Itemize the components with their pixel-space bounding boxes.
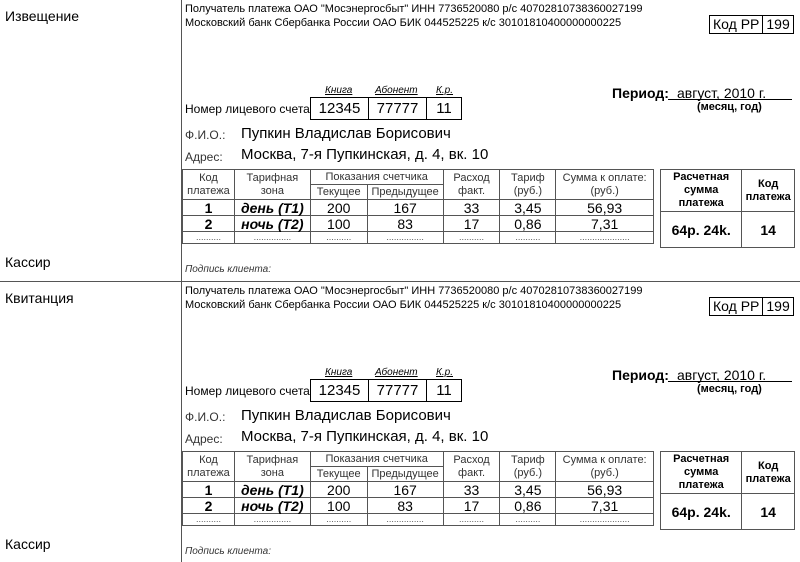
cell-usage: 17 <box>443 216 500 232</box>
cell-amount: 7,31 <box>556 216 654 232</box>
account-number-box: 12345 77777 11 <box>310 97 462 120</box>
kod-rr-value: 199 <box>762 298 792 315</box>
bank-line: Московский банк Сбербанка России ОАО БИК… <box>185 17 621 29</box>
cashier-label: Кассир <box>5 536 51 552</box>
summary-code-value: 14 <box>742 494 795 530</box>
account-header-kr: К.р. <box>436 85 453 96</box>
cell-current: 200 <box>310 200 367 216</box>
cell-previous: 83 <box>367 216 443 232</box>
period-label: Период: <box>612 367 669 383</box>
cell-code: 2 <box>183 498 235 514</box>
header-tariff: Тариф (руб.) <box>500 452 556 482</box>
payment-section: Извещение Кассир Получатель платежа ОАО … <box>0 0 800 281</box>
cell-previous: 167 <box>367 200 443 216</box>
fio-value: Пупкин Владислав Борисович <box>241 407 451 424</box>
blank-cell: .................... <box>556 514 654 526</box>
account-label: Номер лицевого счета <box>185 102 310 116</box>
readings-table: Код платежа Тарифная зона Показания счет… <box>182 169 654 244</box>
blank-cell: .......... <box>500 514 556 526</box>
blank-row: ........................................… <box>183 514 654 526</box>
account-number-box: 12345 77777 11 <box>310 379 462 402</box>
fio-value: Пупкин Владислав Борисович <box>241 125 451 142</box>
blank-cell: .......... <box>500 232 556 244</box>
blank-cell: .......... <box>183 232 235 244</box>
blank-cell: ............... <box>367 232 443 244</box>
cell-usage: 33 <box>443 200 500 216</box>
blank-cell: ............... <box>234 232 310 244</box>
blank-cell: .......... <box>443 514 500 526</box>
kod-rr-label: Код РР <box>710 16 762 33</box>
period-value: август, 2010 г. <box>677 85 766 101</box>
header-tariff: Тариф (руб.) <box>500 170 556 200</box>
cell-zone: ночь (Т2) <box>234 498 310 514</box>
recipient-line: Получатель платежа ОАО "Мосэнергосбыт" И… <box>185 3 643 15</box>
account-label: Номер лицевого счета <box>185 384 310 398</box>
payment-section: Квитанция Кассир Получатель платежа ОАО … <box>0 282 800 562</box>
table-row: 2ночь (Т2)10083170,867,31 <box>183 498 654 514</box>
blank-cell: .......... <box>443 232 500 244</box>
kod-rr-value: 199 <box>762 16 792 33</box>
cell-zone: ночь (Т2) <box>234 216 310 232</box>
cell-previous: 167 <box>367 482 443 498</box>
section-title: Извещение <box>5 8 79 24</box>
signature-label: Подпись клиента: <box>185 546 271 557</box>
cell-usage: 17 <box>443 498 500 514</box>
fio-label: Ф.И.О.: <box>185 128 225 142</box>
account-header-book: Книга <box>325 85 352 96</box>
header-current: Текущее <box>310 467 367 482</box>
cell-amount: 56,93 <box>556 200 654 216</box>
account-subscriber: 77777 <box>368 380 426 401</box>
header-readings: Показания счетчика <box>310 170 443 185</box>
cell-tariff: 0,86 <box>500 216 556 232</box>
header-usage: Расход факт. <box>443 452 500 482</box>
account-kr: 11 <box>426 98 461 119</box>
account-header-subscriber: Абонент <box>375 85 418 96</box>
summary-code-header: Код платежа <box>742 170 795 212</box>
period-hint: (месяц, год) <box>697 383 762 395</box>
cell-previous: 83 <box>367 498 443 514</box>
period-hint: (месяц, год) <box>697 101 762 113</box>
readings-table: Код платежа Тарифная зона Показания счет… <box>182 451 654 526</box>
account-header-subscriber: Абонент <box>375 367 418 378</box>
table-row: 2ночь (Т2)10083170,867,31 <box>183 216 654 232</box>
cell-current: 100 <box>310 216 367 232</box>
kod-rr-box: Код РР 199 <box>709 15 794 34</box>
account-header-book: Книга <box>325 367 352 378</box>
account-book: 12345 <box>311 380 368 401</box>
period-value: август, 2010 г. <box>677 367 766 383</box>
summary-code-value: 14 <box>742 212 795 248</box>
kod-rr-box: Код РР 199 <box>709 297 794 316</box>
header-amount: Сумма к оплате: (руб.) <box>556 452 654 482</box>
header-previous: Предыдущее <box>367 185 443 200</box>
summary-total-header: Расчетная сумма платежа <box>661 170 742 212</box>
account-book: 12345 <box>311 98 368 119</box>
blank-cell: .......... <box>183 514 235 526</box>
header-amount: Сумма к оплате: (руб.) <box>556 170 654 200</box>
table-row: 1день (Т1)200167333,4556,93 <box>183 482 654 498</box>
summary-total-value: 64р. 24k. <box>661 212 742 248</box>
address-label: Адрес: <box>185 432 223 446</box>
cell-amount: 56,93 <box>556 482 654 498</box>
table-row: 1день (Т1)200167333,4556,93 <box>183 200 654 216</box>
header-code: Код платежа <box>183 452 235 482</box>
cell-tariff: 3,45 <box>500 482 556 498</box>
address-value: Москва, 7-я Пупкинская, д. 4, вк. 10 <box>241 428 488 445</box>
summary-code-header: Код платежа <box>742 452 795 494</box>
header-zone: Тарифная зона <box>234 452 310 482</box>
cell-code: 1 <box>183 200 235 216</box>
blank-cell: .................... <box>556 232 654 244</box>
header-code: Код платежа <box>183 170 235 200</box>
cell-usage: 33 <box>443 482 500 498</box>
fio-label: Ф.И.О.: <box>185 410 225 424</box>
header-zone: Тарифная зона <box>234 170 310 200</box>
cell-tariff: 0,86 <box>500 498 556 514</box>
account-kr: 11 <box>426 380 461 401</box>
section-title: Квитанция <box>5 290 74 306</box>
cell-zone: день (Т1) <box>234 200 310 216</box>
summary-total-value: 64р. 24k. <box>661 494 742 530</box>
kod-rr-label: Код РР <box>710 298 762 315</box>
header-usage: Расход факт. <box>443 170 500 200</box>
summary-total-header: Расчетная сумма платежа <box>661 452 742 494</box>
cashier-label: Кассир <box>5 254 51 270</box>
blank-cell: ............... <box>367 514 443 526</box>
account-subscriber: 77777 <box>368 98 426 119</box>
cell-code: 1 <box>183 482 235 498</box>
cell-code: 2 <box>183 216 235 232</box>
recipient-line: Получатель платежа ОАО "Мосэнергосбыт" И… <box>185 285 643 297</box>
blank-cell: .......... <box>310 514 367 526</box>
cell-amount: 7,31 <box>556 498 654 514</box>
cell-tariff: 3,45 <box>500 200 556 216</box>
signature-label: Подпись клиента: <box>185 264 271 275</box>
account-header-kr: К.р. <box>436 367 453 378</box>
address-value: Москва, 7-я Пупкинская, д. 4, вк. 10 <box>241 146 488 163</box>
cell-current: 200 <box>310 482 367 498</box>
blank-cell: .......... <box>310 232 367 244</box>
header-current: Текущее <box>310 185 367 200</box>
blank-row: ........................................… <box>183 232 654 244</box>
header-previous: Предыдущее <box>367 467 443 482</box>
bank-line: Московский банк Сбербанка России ОАО БИК… <box>185 299 621 311</box>
cell-zone: день (Т1) <box>234 482 310 498</box>
summary-table: Расчетная сумма платежа Код платежа 64р.… <box>660 451 795 530</box>
summary-table: Расчетная сумма платежа Код платежа 64р.… <box>660 169 795 248</box>
blank-cell: ............... <box>234 514 310 526</box>
header-readings: Показания счетчика <box>310 452 443 467</box>
period-label: Период: <box>612 85 669 101</box>
cell-current: 100 <box>310 498 367 514</box>
address-label: Адрес: <box>185 150 223 164</box>
